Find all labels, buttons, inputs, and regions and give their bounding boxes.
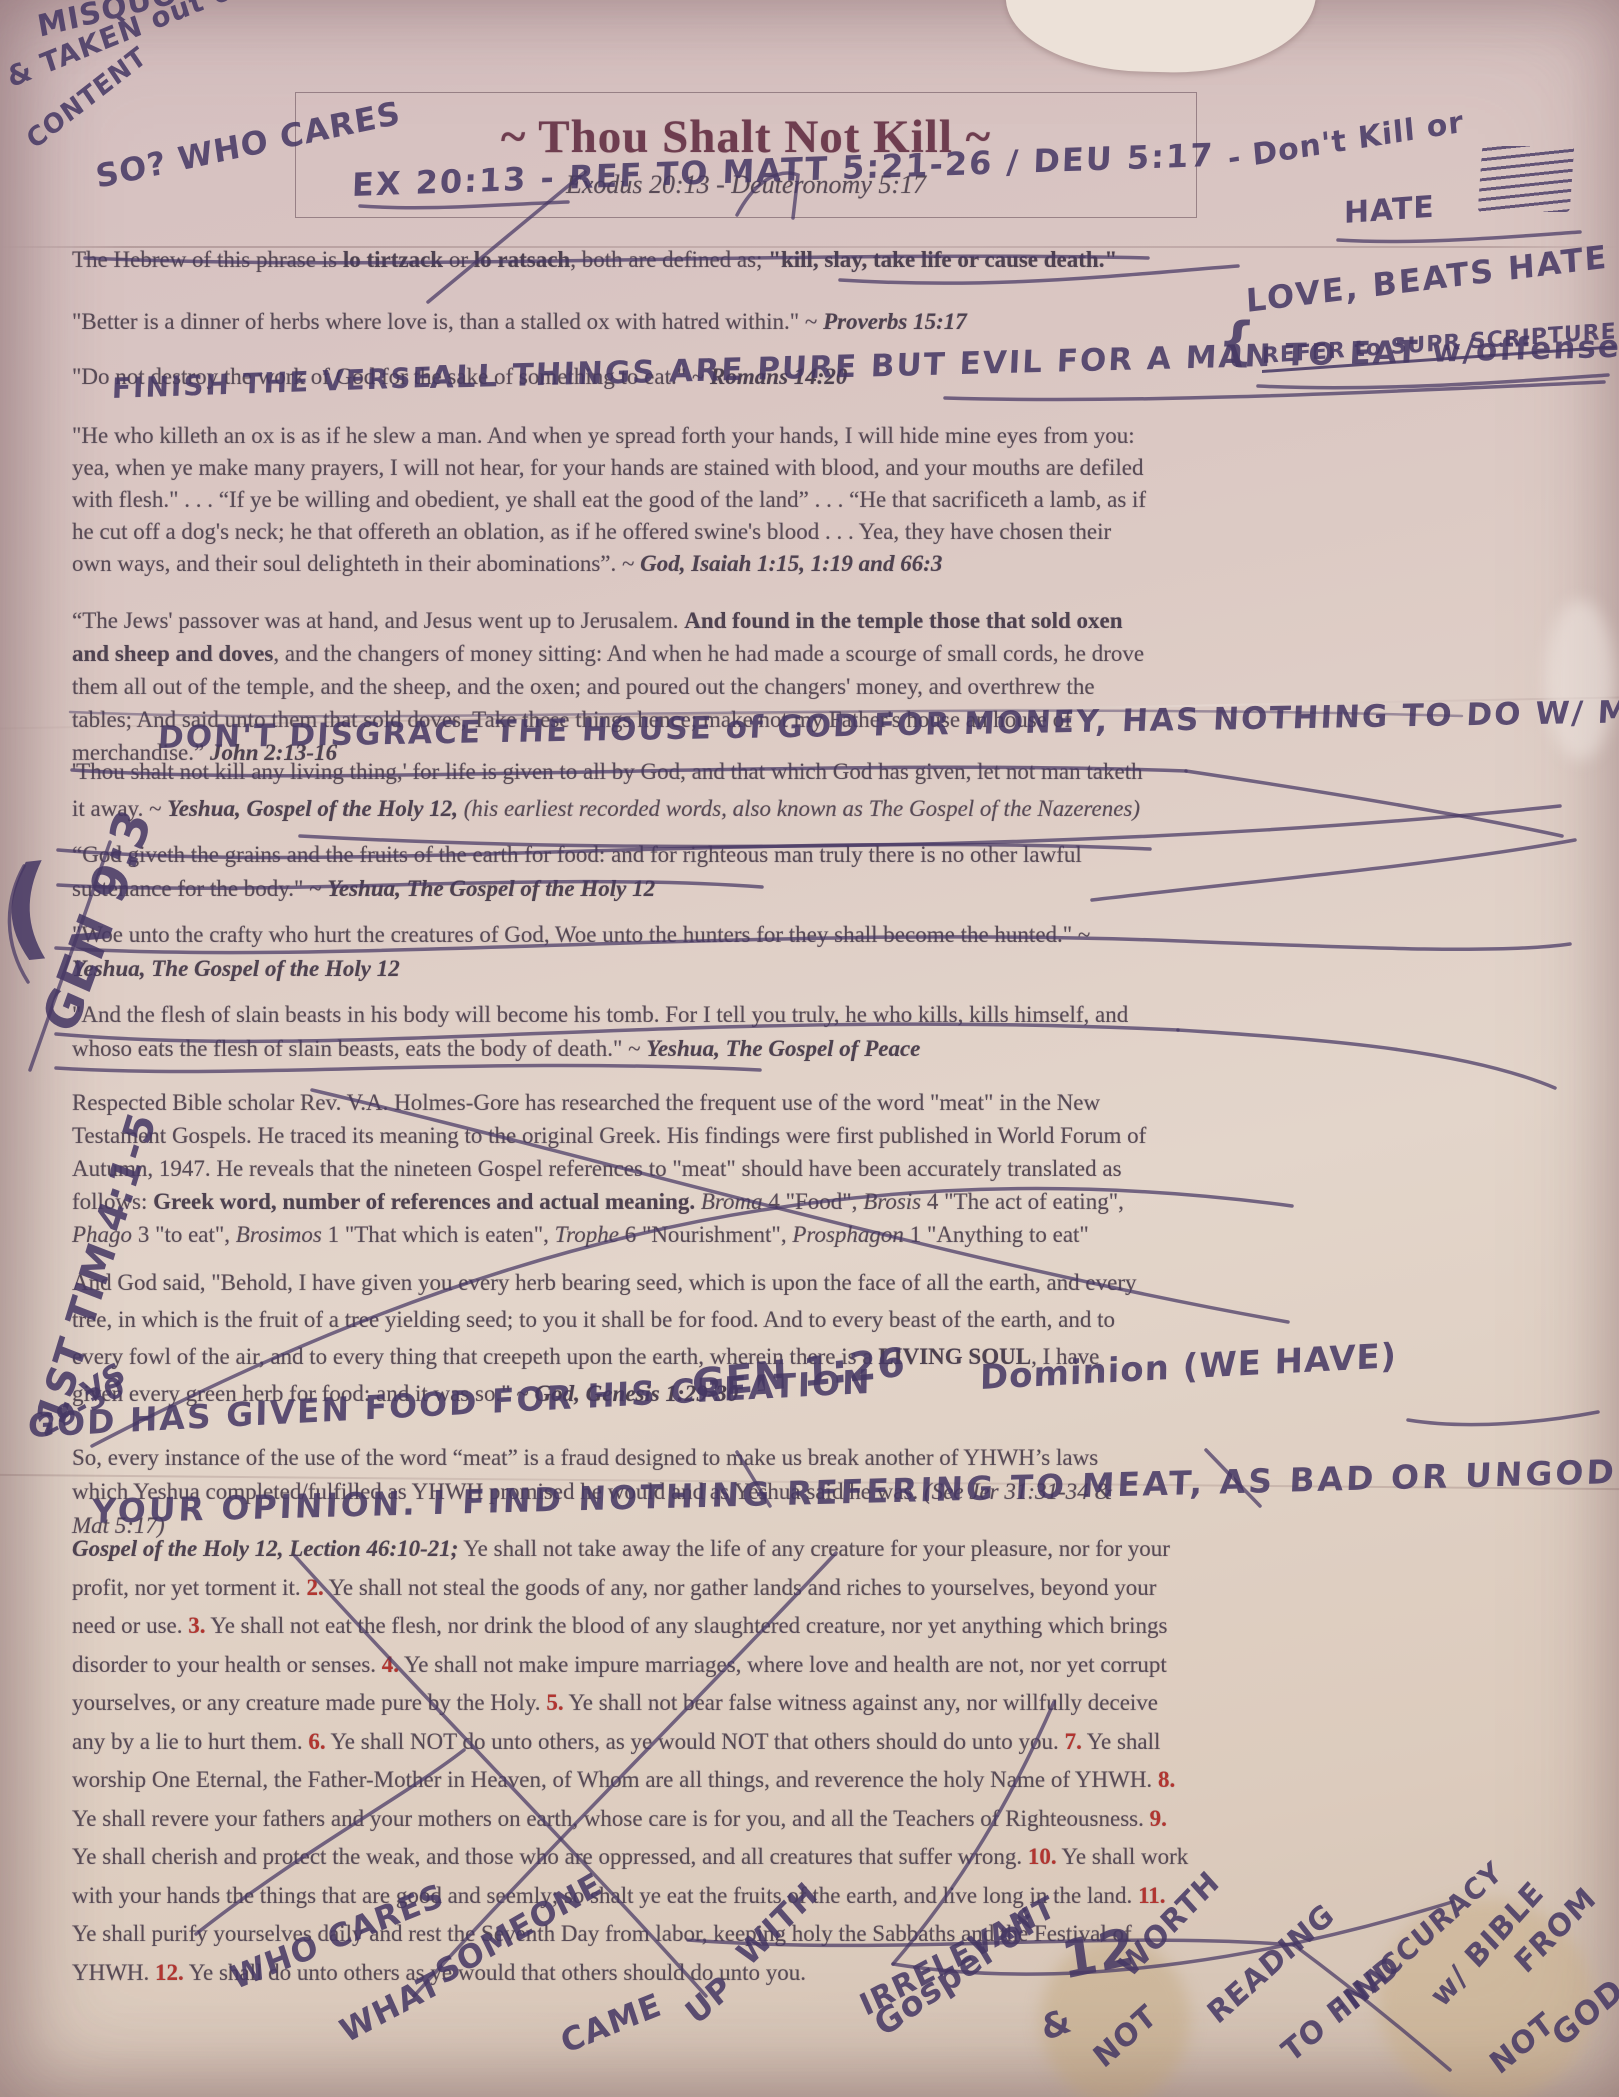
text-segment: 8. xyxy=(1158,1767,1175,1792)
text-segment: 9. xyxy=(1150,1806,1167,1831)
text-segment: 4. xyxy=(382,1652,399,1677)
text-segment: 4 "Food", xyxy=(763,1189,864,1214)
paper-tear xyxy=(1004,0,1316,76)
paragraph-p4: "He who killeth an ox is as if he slew a… xyxy=(72,420,1152,580)
text-segment: "And the flesh of slain beasts in his bo… xyxy=(72,1002,1128,1061)
text-segment: “The Jews' passover was at hand, and Jes… xyxy=(72,608,684,633)
paragraph-p2: "Better is a dinner of herbs where love … xyxy=(72,305,1152,338)
text-segment: 3 "to eat", xyxy=(132,1222,236,1247)
underline-mark xyxy=(1338,232,1580,241)
paragraph-p1: The Hebrew of this phrase is lo tirtzack… xyxy=(72,243,1152,276)
text-segment: 12. xyxy=(155,1960,184,1985)
text-segment: Brosis xyxy=(863,1189,921,1214)
text-segment: lo ratsach xyxy=(474,247,570,272)
strikethrough-mark xyxy=(56,1065,760,1071)
text-segment: 5. xyxy=(546,1690,563,1715)
text-segment: Brosimos xyxy=(236,1222,322,1247)
text-segment: "Better is a dinner of herbs where love … xyxy=(72,309,823,334)
paragraph-p8: "Woe unto the crafty who hurt the creatu… xyxy=(72,918,1152,986)
underline-mark xyxy=(1408,1412,1598,1425)
text-segment: 4 "The act of eating", xyxy=(921,1189,1124,1214)
text-segment: Yeshua, The Gospel of the Holy 12 xyxy=(327,876,655,901)
text-segment: Broma xyxy=(701,1189,763,1214)
text-segment: 2. xyxy=(306,1575,323,1600)
text-segment: 3. xyxy=(188,1613,205,1638)
paragraph-p9: "And the flesh of slain beasts in his bo… xyxy=(72,998,1152,1066)
text-segment: Proverbs 15:17 xyxy=(823,309,967,334)
text-segment: 6. xyxy=(308,1729,325,1754)
text-segment: Ye shall NOT do unto others, as ye would… xyxy=(326,1729,1065,1754)
scanned-document-page: ~ Thou Shalt Not Kill ~ Exodus 20:13 - D… xyxy=(0,0,1619,2097)
paper-fold-highlight xyxy=(1545,600,1615,760)
swoosh-mark xyxy=(1178,1030,1555,1088)
text-segment: "He who killeth an ox is as if he slew a… xyxy=(72,423,1146,576)
handwritten-note: CAME xyxy=(556,1985,666,2061)
paragraph-p10: Respected Bible scholar Rev. V.A. Holmes… xyxy=(72,1086,1152,1251)
underline-mark xyxy=(1258,375,1608,388)
handwritten-note: ( xyxy=(0,841,55,975)
text-segment: The Hebrew of this phrase is xyxy=(72,247,343,272)
ink-scribble xyxy=(1478,146,1575,212)
swoosh-mark xyxy=(1186,771,1562,836)
handwritten-note: - Don't Kill or xyxy=(1226,105,1465,177)
handwritten-note: HATE xyxy=(1344,190,1435,231)
text-segment: , both are defined as; xyxy=(570,247,768,272)
text-segment: Ye shall revere your fathers and your mo… xyxy=(72,1806,1150,1831)
text-segment: (his earliest recorded words, also known… xyxy=(464,796,1140,821)
text-segment: "kill, slay, take life or cause death." xyxy=(768,247,1117,272)
text-segment: 6 "Nourishment", xyxy=(619,1222,792,1247)
handwritten-note: LOVE, BEATS HATE xyxy=(1245,238,1609,321)
text-segment: 7. xyxy=(1065,1729,1082,1754)
text-segment: 1 "That which is eaten", xyxy=(322,1222,555,1247)
text-segment: 10. xyxy=(1028,1844,1057,1869)
text-segment: "Woe unto the crafty who hurt the creatu… xyxy=(72,922,1090,947)
text-segment: 11. xyxy=(1138,1883,1165,1908)
text-segment: Trophe xyxy=(555,1222,619,1247)
swoosh-mark xyxy=(1092,840,1575,900)
text-segment: or xyxy=(443,247,474,272)
paragraph-p6: 'Thou shalt not kill any living thing,' … xyxy=(72,753,1152,827)
text-segment: Gospel of the Holy 12, Lection 46:10-21; xyxy=(72,1536,458,1561)
text-segment: Greek word, number of references and act… xyxy=(153,1189,701,1214)
text-segment: Yeshua, The Gospel of Peace xyxy=(646,1036,920,1061)
text-segment: Prosphagon xyxy=(792,1222,904,1247)
text-segment: God, Isaiah 1:15, 1:19 and 66:3 xyxy=(640,551,942,576)
paragraph-p7: “God giveth the grains and the fruits of… xyxy=(72,838,1152,906)
text-segment: Yeshua, Gospel of the Holy 12, xyxy=(167,796,463,821)
text-segment: lo tirtzack xyxy=(343,247,443,272)
text-segment: 1 "Anything to eat" xyxy=(904,1222,1089,1247)
text-segment: Ye shall cherish and protect the weak, a… xyxy=(72,1844,1028,1869)
text-segment: Yeshua, The Gospel of the Holy 12 xyxy=(72,956,400,981)
